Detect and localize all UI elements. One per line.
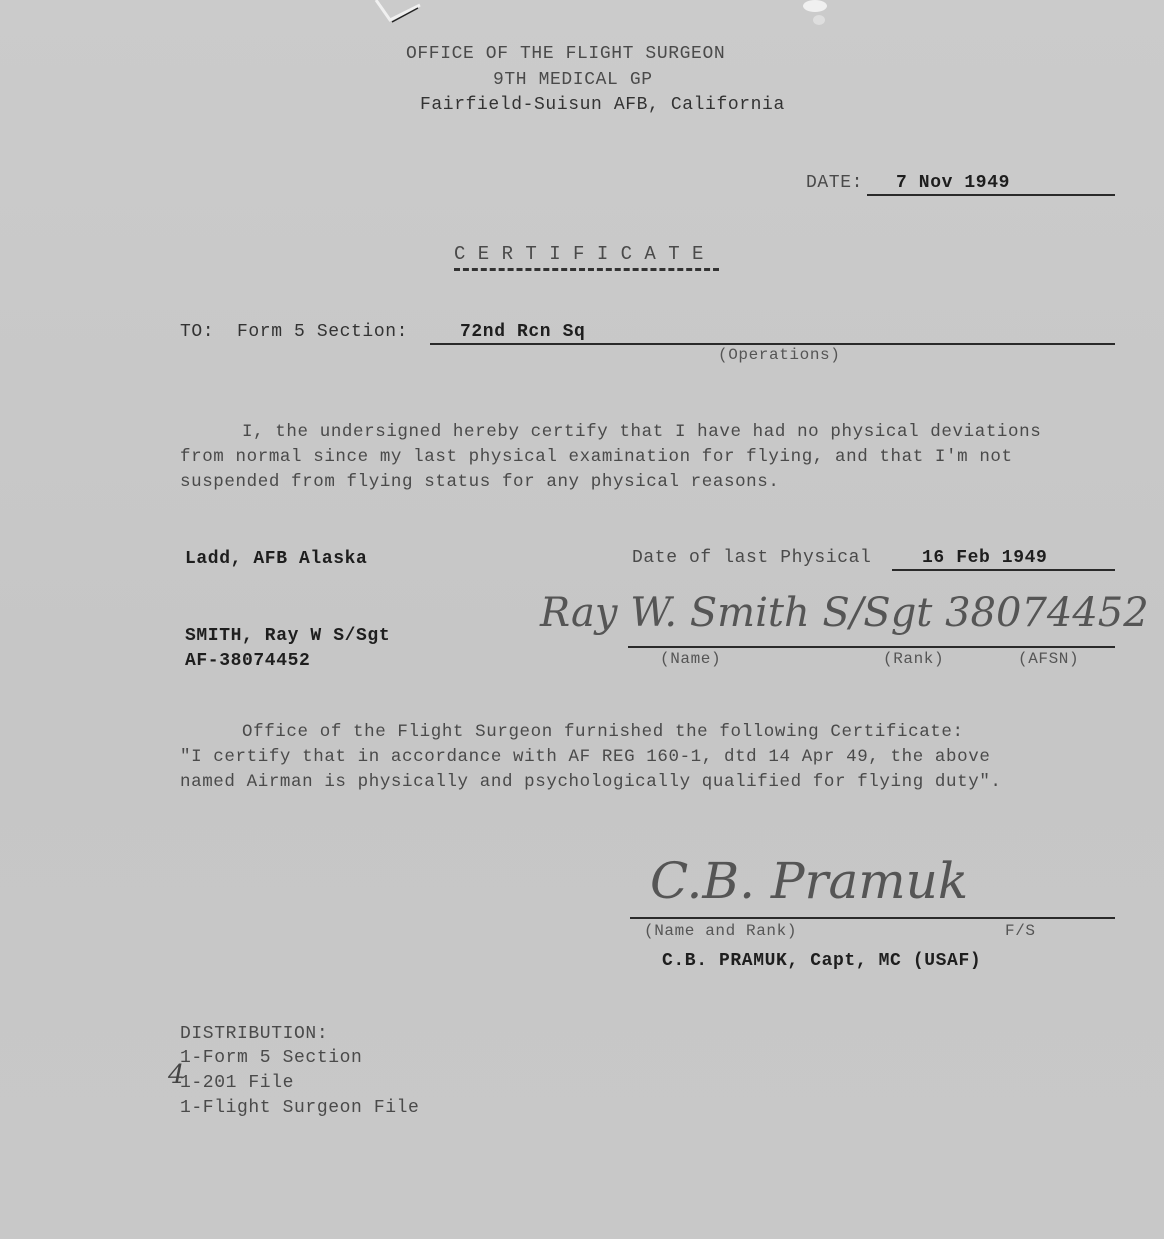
surgeon-statement-line-2: "I certify that in accordance with AF RE… — [180, 747, 990, 767]
to-underline — [430, 343, 1115, 345]
to-value: 72nd Rcn Sq — [460, 322, 585, 342]
header-group: 9TH MEDICAL GP — [493, 70, 653, 90]
last-physical-label: Date of last Physical — [632, 548, 871, 568]
statement-line-1: I, the undersigned hereby certify that I… — [242, 422, 1041, 442]
statement-line-3: suspended from flying status for any phy… — [180, 472, 780, 492]
date-underline — [867, 194, 1115, 196]
surgeon-signature: C.B. Pramuk — [650, 852, 968, 910]
surgeon-suffix: F/S — [1005, 922, 1036, 940]
date-label: DATE: — [806, 173, 863, 193]
distribution-item: 1-201 File — [180, 1073, 294, 1093]
airman-signature-line — [628, 646, 1115, 648]
title-underline — [454, 268, 719, 271]
header-location: Fairfield-Suisun AFB, California — [420, 95, 785, 115]
airman-serial: AF-38074452 — [185, 651, 310, 671]
paper-tear-mark — [795, 0, 835, 28]
caption-afsn: (AFSN) — [1018, 650, 1079, 668]
airman-name: SMITH, Ray W S/Sgt — [185, 626, 390, 646]
caption-name: (Name) — [660, 650, 721, 668]
airman-signature: Ray W. Smith S/Sgt 38074452 — [540, 590, 1149, 636]
distribution-label: DISTRIBUTION: — [180, 1024, 328, 1044]
location: Ladd, AFB Alaska — [185, 549, 367, 569]
certificate-title: C E R T I F I C A T E — [454, 243, 704, 265]
last-physical-value: 16 Feb 1949 — [922, 548, 1047, 568]
surgeon-statement-line-1: Office of the Flight Surgeon furnished t… — [242, 722, 964, 742]
caption-rank: (Rank) — [883, 650, 944, 668]
distribution-item: 1-Flight Surgeon File — [180, 1098, 419, 1118]
surgeon-signature-line — [630, 917, 1115, 919]
header-office: OFFICE OF THE FLIGHT SURGEON — [406, 44, 725, 64]
to-caption: (Operations) — [718, 346, 840, 364]
surgeon-caption: (Name and Rank) — [644, 922, 797, 940]
distribution-handwritten-mark: 4 — [168, 1060, 185, 1090]
last-physical-underline — [892, 569, 1115, 571]
surgeon-statement-line-3: named Airman is physically and psycholog… — [180, 772, 1002, 792]
surgeon-typed-name: C.B. PRAMUK, Capt, MC (USAF) — [662, 951, 981, 971]
paper-tear-mark — [370, 0, 430, 25]
certificate-page: OFFICE OF THE FLIGHT SURGEON 9TH MEDICAL… — [0, 0, 1164, 1239]
to-label: TO: Form 5 Section: — [180, 322, 408, 342]
statement-line-2: from normal since my last physical exami… — [180, 447, 1013, 467]
date-value: 7 Nov 1949 — [896, 173, 1010, 193]
distribution-item: 1-Form 5 Section — [180, 1048, 362, 1068]
